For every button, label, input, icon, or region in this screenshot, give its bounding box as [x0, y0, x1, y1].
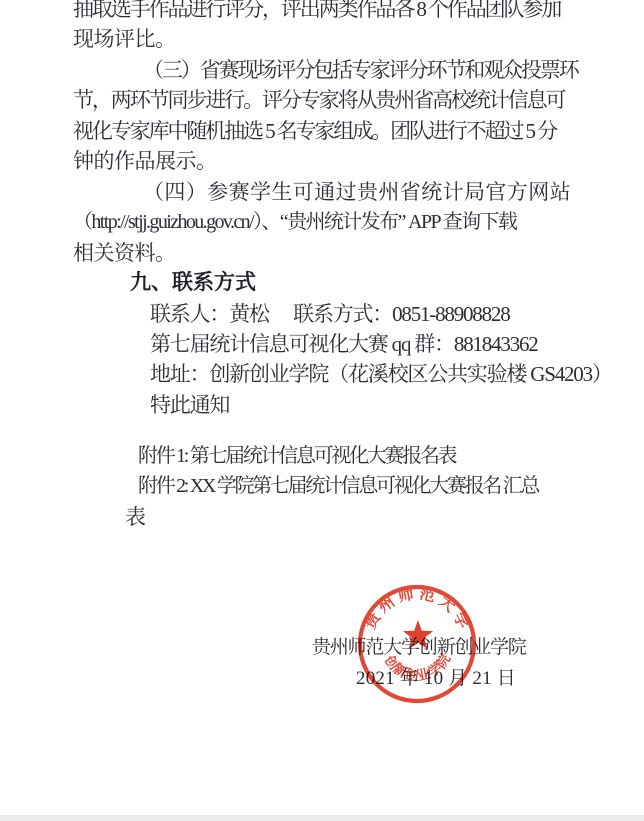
attachment-line-1: 附件 1: 第七届统计信息可视化大赛报名表	[138, 441, 573, 471]
body-line-6: 钟的作品展示。	[73, 146, 573, 176]
body-line-3: （三）省赛现场评分包括专家评分环节和观众投票环	[143, 55, 573, 85]
attachment-line-2-wrap: 表	[125, 502, 573, 532]
body-line-4: 节，两环节同步进行。评分专家将从贵州省高校统计信息可	[73, 85, 573, 115]
body-line-5: 视化专家库中随机抽选 5 名专家组成。团队进行不超过 5 分	[73, 116, 573, 146]
notice-closing-line: 特此通知	[150, 390, 573, 420]
body-line-2: 现场评比。	[73, 24, 573, 54]
body-line-1: 抽取选手作品进行评分，评出两类作品各 8 个作品团队参加	[73, 0, 573, 24]
notice-page: 抽取选手作品进行评分，评出两类作品各 8 个作品团队参加 现场评比。 （三）省赛…	[0, 0, 644, 821]
document-body: 抽取选手作品进行评分，评出两类作品各 8 个作品团队参加 现场评比。 （三）省赛…	[73, 0, 573, 420]
body-line-7: （四）参赛学生可通过贵州省统计局官方网站	[143, 177, 573, 207]
section-heading-contact: 九、联系方式	[130, 268, 573, 298]
seal-center-text: 创新创业学院	[381, 651, 454, 684]
svg-text:创新创业学院: 创新创业学院	[381, 651, 454, 684]
page-bottom-edge	[0, 815, 644, 821]
contact-address-line: 地址：创新创业学院（花溪校区公共实验楼 GS4203）	[150, 359, 573, 389]
seal-star-icon	[403, 620, 433, 649]
body-line-9: 相关资料。	[73, 238, 573, 268]
official-seal-stamp: 贵州师范大学 创新创业学院	[342, 569, 492, 719]
body-line-url: （http://stjj.guizhou.gov.cn/）、“贵州统计发布” A…	[73, 207, 573, 237]
contact-person-line: 联系人：黄松 联系方式：0851-88908828	[150, 299, 573, 329]
attachment-line-2: 附件 2: XX 学院第七届统计信息可视化大赛报名 汇总	[138, 471, 573, 501]
contact-qq-line: 第七届统计信息可视化大赛 qq 群：881843362	[150, 329, 573, 359]
attachments-block: 附件 1: 第七届统计信息可视化大赛报名表 附件 2: XX 学院第七届统计信息…	[73, 441, 573, 532]
